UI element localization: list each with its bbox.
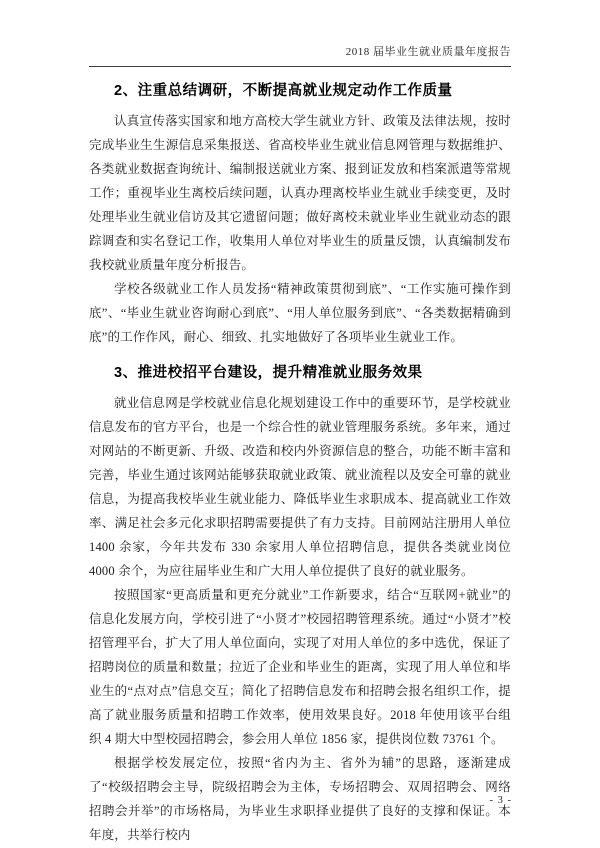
document-content: 2、注重总结调研，不断提高就业规定动作工作质量 认真宣传落实国家和地方高校大学生… [89,81,511,847]
paragraph: 按照国家“更高质量和更充分就业”工作新要求，结合“互联网+就业”的信息化发展方向… [89,583,511,751]
section-2: 2、注重总结调研，不断提高就业规定动作工作质量 认真宣传落实国家和地方高校大学生… [89,81,511,349]
page-header: 2018 届毕业生就业质量年度报告 [89,0,511,67]
header-title: 2018 届毕业生就业质量年度报告 [346,46,511,58]
document-page: 2018 届毕业生就业质量年度报告 2、注重总结调研，不断提高就业规定动作工作质… [0,0,600,848]
page-number: - 3 - [490,795,513,806]
paragraph: 就业信息网是学校就业信息化规划建设工作中的重要环节，是学校就业信息发布的官方平台… [89,391,511,583]
paragraph: 学校各级就业工作人员发扬“精神政策贯彻到底”、“工作实施可操作到底”、“毕业生就… [89,277,511,349]
section-3: 3、推进校招平台建设，提升精准就业服务效果 就业信息网是学校就业信息化规划建设工… [89,363,511,847]
section-2-heading: 2、注重总结调研，不断提高就业规定动作工作质量 [89,81,511,101]
paragraph: 认真宣传落实国家和地方高校大学生就业方针、政策及法律法规，按时完成毕业生生源信息… [89,109,511,277]
section-3-heading: 3、推进校招平台建设，提升精准就业服务效果 [89,363,511,383]
paragraph: 根据学校发展定位，按照“省内为主、省外为辅”的思路，逐渐建成了“校级招聘会主导，… [89,751,511,847]
